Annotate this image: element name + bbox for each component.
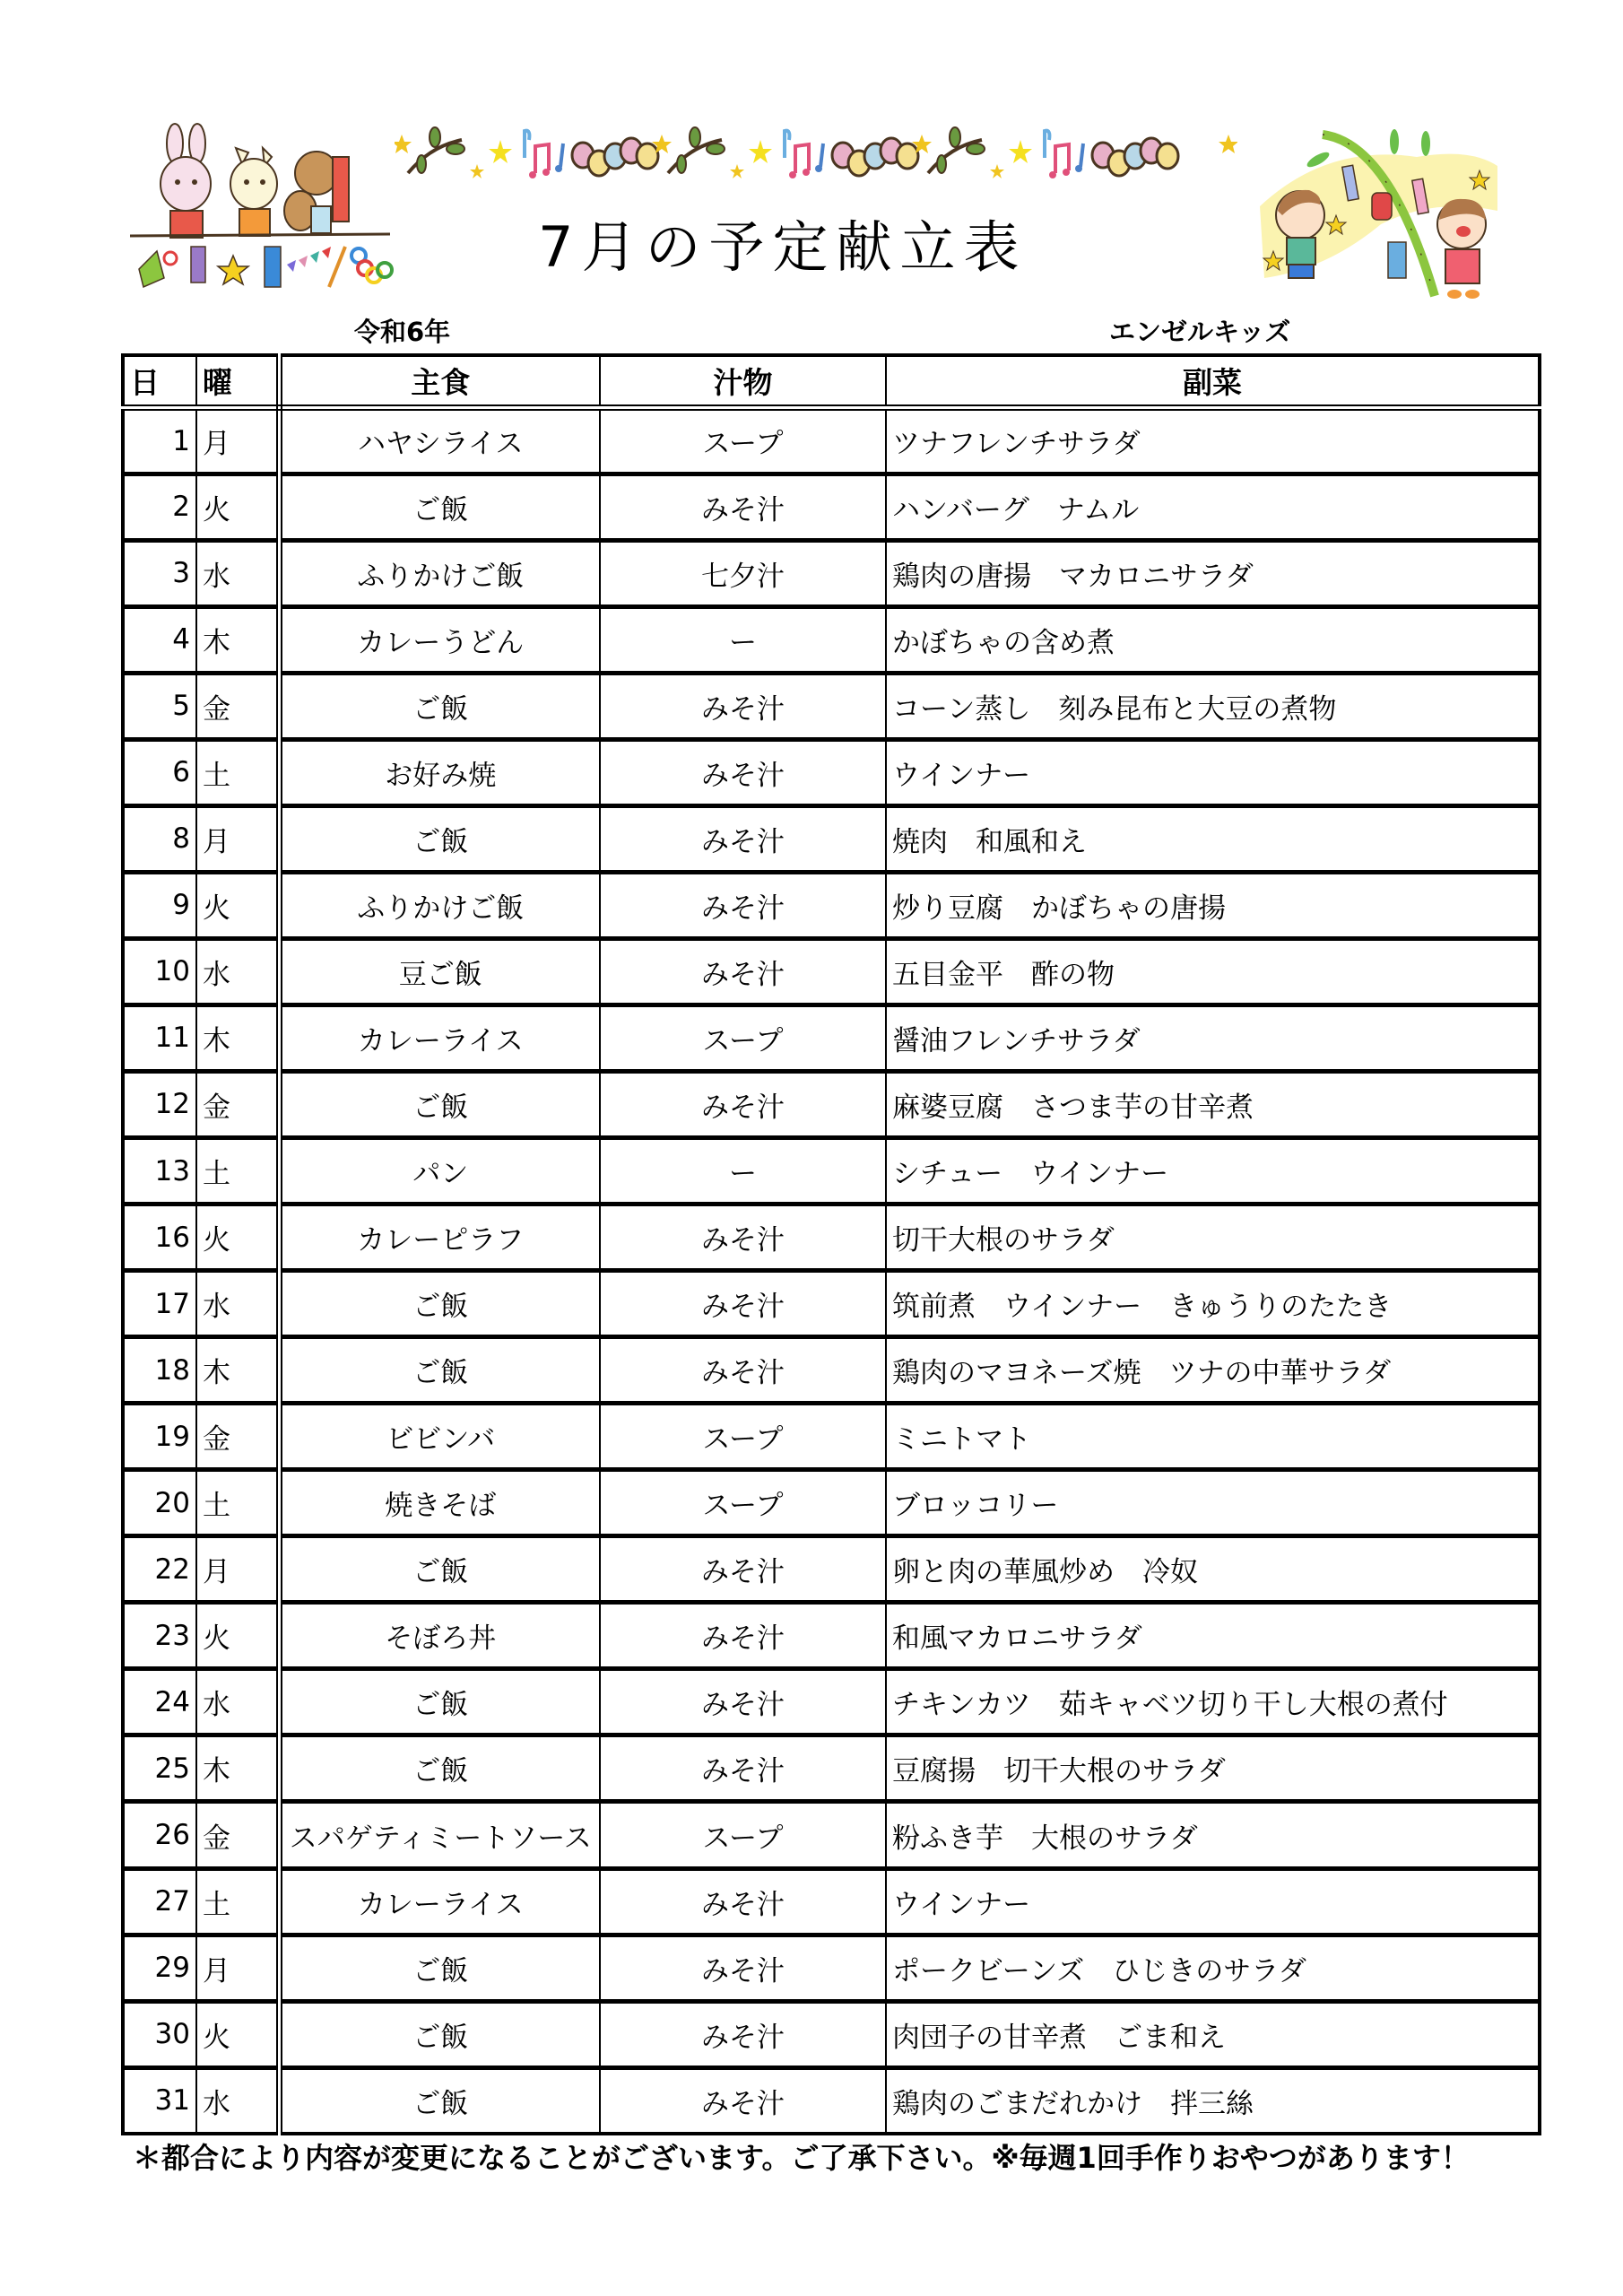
day-cell: 19 <box>123 1404 196 1470</box>
day-cell: 9 <box>123 872 196 938</box>
day-cell: 24 <box>123 1669 196 1735</box>
day-cell: 5 <box>123 673 196 739</box>
era-year-label: 令和6年 <box>354 314 450 350</box>
soup-cell: スープ <box>600 1470 886 1536</box>
weekday-cell: 土 <box>196 1470 279 1536</box>
table-header-row: 日 曜 主食 汁物 副菜 <box>123 355 1540 407</box>
day-cell: 3 <box>123 540 196 606</box>
table-row: 25木ご飯みそ汁豆腐揚 切干大根のサラダ <box>123 1735 1540 1802</box>
soup-cell: スープ <box>600 407 886 474</box>
soup-cell: みそ汁 <box>600 1603 886 1669</box>
side-dish-cell: 鶏肉の唐揚 マカロニサラダ <box>886 540 1540 606</box>
soup-cell: みそ汁 <box>600 1071 886 1137</box>
main-dish-cell: ご飯 <box>279 474 600 540</box>
day-cell: 29 <box>123 1935 196 2001</box>
day-cell: 20 <box>123 1470 196 1536</box>
day-cell: 8 <box>123 805 196 872</box>
weekday-cell: 水 <box>196 1669 279 1735</box>
soup-cell: みそ汁 <box>600 2067 886 2134</box>
table-row: 16火カレーピラフみそ汁切干大根のサラダ <box>123 1205 1540 1271</box>
weekday-cell: 木 <box>196 1004 279 1071</box>
main-dish-cell: ご飯 <box>279 2067 600 2134</box>
weekday-cell: 金 <box>196 1404 279 1470</box>
weekday-cell: 木 <box>196 606 279 673</box>
school-name-label: エンゼルキッズ <box>1109 314 1290 350</box>
table-row: 20土焼きそばスープブロッコリー <box>123 1470 1540 1536</box>
main-dish-cell: ご飯 <box>279 1669 600 1735</box>
weekday-cell: 土 <box>196 1138 279 1205</box>
main-dish-cell: パン <box>279 1138 600 1205</box>
soup-cell: みそ汁 <box>600 739 886 805</box>
menu-table: 日 曜 主食 汁物 副菜 1月ハヤシライススープツナフレンチサラダ2火ご飯みそ汁… <box>121 353 1541 2135</box>
weekday-cell: 金 <box>196 1802 279 1868</box>
weekday-cell: 月 <box>196 1536 279 1603</box>
day-cell: 2 <box>123 474 196 540</box>
table-row: 18木ご飯みそ汁鶏肉のマヨネーズ焼 ツナの中華サラダ <box>123 1337 1540 1404</box>
weekday-cell: 火 <box>196 1603 279 1669</box>
main-dish-cell: ご飯 <box>279 1271 600 1337</box>
main-dish-cell: ハヤシライス <box>279 407 600 474</box>
soup-cell: みそ汁 <box>600 872 886 938</box>
soup-cell: みそ汁 <box>600 1669 886 1735</box>
weekday-cell: 火 <box>196 2001 279 2067</box>
side-dish-cell: 豆腐揚 切干大根のサラダ <box>886 1735 1540 1802</box>
day-cell: 23 <box>123 1603 196 1669</box>
day-cell: 22 <box>123 1536 196 1603</box>
main-dish-cell: カレーうどん <box>279 606 600 673</box>
soup-cell: みそ汁 <box>600 1935 886 2001</box>
side-dish-cell: シチュー ウインナー <box>886 1138 1540 1205</box>
soup-cell: みそ汁 <box>600 1337 886 1404</box>
side-dish-cell: 切干大根のサラダ <box>886 1205 1540 1271</box>
main-dish-cell: ふりかけご飯 <box>279 872 600 938</box>
side-dish-cell: 醤油フレンチサラダ <box>886 1004 1540 1071</box>
main-dish-cell: ご飯 <box>279 1735 600 1802</box>
table-row: 19金ビビンバスープミニトマト <box>123 1404 1540 1470</box>
footnote: ＊都合により内容が変更になることがございます。ご了承下さい。※毎週1回手作りおや… <box>133 2140 1567 2176</box>
weekday-cell: 月 <box>196 407 279 474</box>
side-dish-cell: ブロッコリー <box>886 1470 1540 1536</box>
table-row: 5金ご飯みそ汁コーン蒸し 刻み昆布と大豆の煮物 <box>123 673 1540 739</box>
day-cell: 10 <box>123 938 196 1004</box>
table-row: 23火そぼろ丼みそ汁和風マカロニサラダ <box>123 1603 1540 1669</box>
day-cell: 30 <box>123 2001 196 2067</box>
main-dish-cell: ご飯 <box>279 805 600 872</box>
day-cell: 4 <box>123 606 196 673</box>
weekday-cell: 水 <box>196 2067 279 2134</box>
side-dish-cell: ミニトマト <box>886 1404 1540 1470</box>
weekday-cell: 土 <box>196 1868 279 1935</box>
table-row: 17水ご飯みそ汁筑前煮 ウインナー きゅうりのたたき <box>123 1271 1540 1337</box>
main-dish-cell: ご飯 <box>279 1935 600 2001</box>
soup-cell: みそ汁 <box>600 938 886 1004</box>
main-dish-cell: ビビンバ <box>279 1404 600 1470</box>
main-dish-cell: ふりかけご飯 <box>279 540 600 606</box>
table-row: 6土お好み焼みそ汁ウインナー <box>123 739 1540 805</box>
table-row: 2火ご飯みそ汁ハンバーグ ナムル <box>123 474 1540 540</box>
day-cell: 25 <box>123 1735 196 1802</box>
side-dish-cell: コーン蒸し 刻み昆布と大豆の煮物 <box>886 673 1540 739</box>
weekday-cell: 木 <box>196 1735 279 1802</box>
side-dish-cell: チキンカツ 茹キャベツ切り干し大根の煮付 <box>886 1669 1540 1735</box>
table-row: 13土パンーシチュー ウインナー <box>123 1138 1540 1205</box>
weekday-cell: 月 <box>196 1935 279 2001</box>
side-dish-cell: 炒り豆腐 かぼちゃの唐揚 <box>886 872 1540 938</box>
side-dish-cell: 肉団子の甘辛煮 ごま和え <box>886 2001 1540 2067</box>
side-dish-cell: 筑前煮 ウインナー きゅうりのたたき <box>886 1271 1540 1337</box>
main-dish-cell: ご飯 <box>279 1536 600 1603</box>
main-dish-cell: ご飯 <box>279 1071 600 1137</box>
table-row: 27土カレーライスみそ汁ウインナー <box>123 1868 1540 1935</box>
weekday-cell: 土 <box>196 739 279 805</box>
main-dish-cell: スパゲティミートソース <box>279 1802 600 1868</box>
column-header-day: 日 <box>123 355 196 407</box>
day-cell: 26 <box>123 1802 196 1868</box>
weekday-cell: 火 <box>196 872 279 938</box>
rabbit-icon <box>161 124 211 283</box>
children-tanabata-illustration <box>1255 126 1515 305</box>
table-row: 8月ご飯みそ汁焼肉 和風和え <box>123 805 1540 872</box>
table-row: 29月ご飯みそ汁ポークビーンズ ひじきのサラダ <box>123 1935 1540 2001</box>
side-dish-cell: 焼肉 和風和え <box>886 805 1540 872</box>
day-cell: 6 <box>123 739 196 805</box>
weekday-cell: 木 <box>196 1337 279 1404</box>
side-dish-cell: ウインナー <box>886 739 1540 805</box>
side-dish-cell: かぼちゃの含め煮 <box>886 606 1540 673</box>
soup-cell: 七夕汁 <box>600 540 886 606</box>
side-dish-cell: 鶏肉のごまだれかけ 拌三絲 <box>886 2067 1540 2134</box>
soup-cell: みそ汁 <box>600 1868 886 1935</box>
column-header-weekday: 曜 <box>196 355 279 407</box>
column-header-side-dish: 副菜 <box>886 355 1540 407</box>
table-row: 9火ふりかけご飯みそ汁炒り豆腐 かぼちゃの唐揚 <box>123 872 1540 938</box>
table-row: 31水ご飯みそ汁鶏肉のごまだれかけ 拌三絲 <box>123 2067 1540 2134</box>
side-dish-cell: 五目金平 酢の物 <box>886 938 1540 1004</box>
main-dish-cell: ご飯 <box>279 1337 600 1404</box>
side-dish-cell: ハンバーグ ナムル <box>886 474 1540 540</box>
day-cell: 12 <box>123 1071 196 1137</box>
main-dish-cell: カレーライス <box>279 1004 600 1071</box>
soup-cell: みそ汁 <box>600 1205 886 1271</box>
animals-crafting-illustration <box>121 121 399 296</box>
side-dish-cell: 粉ふき芋 大根のサラダ <box>886 1802 1540 1868</box>
weekday-cell: 水 <box>196 938 279 1004</box>
soup-cell: みそ汁 <box>600 1536 886 1603</box>
side-dish-cell: 和風マカロニサラダ <box>886 1603 1540 1669</box>
day-cell: 1 <box>123 407 196 474</box>
side-dish-cell: ツナフレンチサラダ <box>886 407 1540 474</box>
main-dish-cell: 焼きそば <box>279 1470 600 1536</box>
table-row: 10水豆ご飯みそ汁五目金平 酢の物 <box>123 938 1540 1004</box>
soup-cell: みそ汁 <box>600 673 886 739</box>
table-row: 22月ご飯みそ汁卵と肉の華風炒め 冷奴 <box>123 1536 1540 1603</box>
soup-cell: スープ <box>600 1802 886 1868</box>
tanabata-banner <box>395 115 1237 187</box>
weekday-cell: 火 <box>196 1205 279 1271</box>
squirrel-icon <box>284 152 349 233</box>
table-row: 4木カレーうどんーかぼちゃの含め煮 <box>123 606 1540 673</box>
weekday-cell: 金 <box>196 1071 279 1137</box>
day-cell: 17 <box>123 1271 196 1337</box>
table-row: 12金ご飯みそ汁麻婆豆腐 さつま芋の甘辛煮 <box>123 1071 1540 1137</box>
main-dish-cell: そぼろ丼 <box>279 1603 600 1669</box>
soup-cell: ー <box>600 606 886 673</box>
page-title: 7月の予定献立表 <box>538 212 1040 283</box>
main-dish-cell: ご飯 <box>279 673 600 739</box>
soup-cell: みそ汁 <box>600 474 886 540</box>
table-row: 3水ふりかけご飯七夕汁鶏肉の唐揚 マカロニサラダ <box>123 540 1540 606</box>
weekday-cell: 金 <box>196 673 279 739</box>
day-cell: 31 <box>123 2067 196 2134</box>
table-row: 26金スパゲティミートソーススープ粉ふき芋 大根のサラダ <box>123 1802 1540 1868</box>
day-cell: 11 <box>123 1004 196 1071</box>
soup-cell: スープ <box>600 1404 886 1470</box>
table-row: 24水ご飯みそ汁チキンカツ 茹キャベツ切り干し大根の煮付 <box>123 1669 1540 1735</box>
side-dish-cell: ウインナー <box>886 1868 1540 1935</box>
main-dish-cell: お好み焼 <box>279 739 600 805</box>
soup-cell: みそ汁 <box>600 1271 886 1337</box>
soup-cell: みそ汁 <box>600 1735 886 1802</box>
soup-cell: スープ <box>600 1004 886 1071</box>
side-dish-cell: 鶏肉のマヨネーズ焼 ツナの中華サラダ <box>886 1337 1540 1404</box>
soup-cell: みそ汁 <box>600 2001 886 2067</box>
day-cell: 13 <box>123 1138 196 1205</box>
main-dish-cell: カレーライス <box>279 1868 600 1935</box>
table-row: 11木カレーライススープ醤油フレンチサラダ <box>123 1004 1540 1071</box>
day-cell: 16 <box>123 1205 196 1271</box>
weekday-cell: 月 <box>196 805 279 872</box>
weekday-cell: 水 <box>196 1271 279 1337</box>
main-dish-cell: 豆ご飯 <box>279 938 600 1004</box>
main-dish-cell: ご飯 <box>279 2001 600 2067</box>
main-dish-cell: カレーピラフ <box>279 1205 600 1271</box>
soup-cell: ー <box>600 1138 886 1205</box>
soup-cell: みそ汁 <box>600 805 886 872</box>
table-row: 1月ハヤシライススープツナフレンチサラダ <box>123 407 1540 474</box>
day-cell: 27 <box>123 1868 196 1935</box>
side-dish-cell: 麻婆豆腐 さつま芋の甘辛煮 <box>886 1071 1540 1137</box>
table-row: 30火ご飯みそ汁肉団子の甘辛煮 ごま和え <box>123 2001 1540 2067</box>
weekday-cell: 火 <box>196 474 279 540</box>
side-dish-cell: 卵と肉の華風炒め 冷奴 <box>886 1536 1540 1603</box>
day-cell: 18 <box>123 1337 196 1404</box>
column-header-soup: 汁物 <box>600 355 886 407</box>
side-dish-cell: ポークビーンズ ひじきのサラダ <box>886 1935 1540 2001</box>
column-header-main-dish: 主食 <box>279 355 600 407</box>
weekday-cell: 水 <box>196 540 279 606</box>
